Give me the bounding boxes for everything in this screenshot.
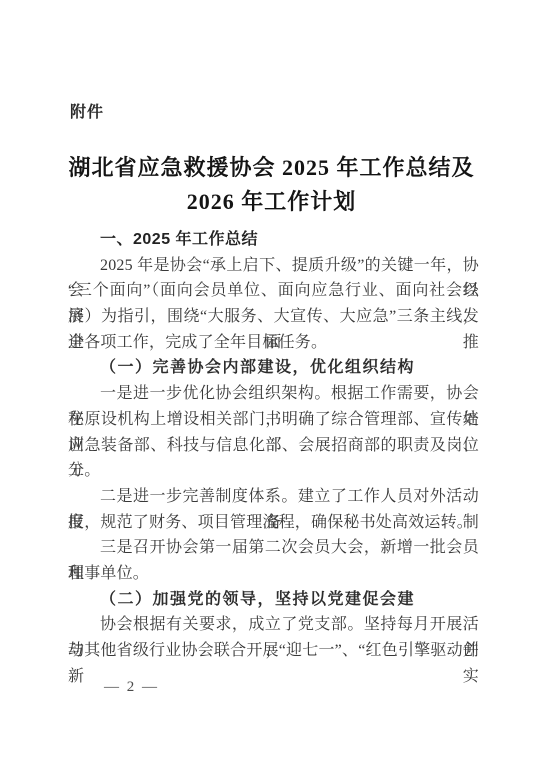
document-body: 一、2025 年工作总结 2025 年是协会“承上启下、提质升级”的关键一年，协… bbox=[68, 227, 479, 664]
paragraph-line: 在原设机构上增设相关部门，明确了综合管理部、宣传培训部、 bbox=[68, 407, 479, 433]
paragraph-line: “三个面向”（面向会员单位、面向应急行业、面向社会经济发 bbox=[68, 278, 479, 304]
paragraph-line: 展）为指引，围绕“大服务、大宣传、大应急”三条主线，全面推 bbox=[68, 304, 479, 330]
paragraph-line: 二是进一步完善制度体系。建立了工作人员对外活动报备制 bbox=[68, 484, 479, 510]
document-title-line-2: 2026 年工作计划 bbox=[0, 185, 543, 219]
attachment-label: 附件 bbox=[70, 103, 104, 123]
paragraph-line: 工。 bbox=[68, 458, 479, 484]
paragraph-line: 协会根据有关要求，成立了党支部。坚持每月开展活动，并 bbox=[68, 612, 479, 638]
subheading-2-party-leadership: （二）加强党的领导，坚持以党建促会建 bbox=[68, 587, 479, 613]
document-title-line-1: 湖北省应急救援协会 2025 年工作总结及 bbox=[0, 151, 543, 185]
paragraph-line: 2025 年是协会“承上启下、提质升级”的关键一年，协会以 bbox=[68, 253, 479, 279]
paragraph-line: 一是进一步优化协会组织架构。根据工作需要，协会秘书处 bbox=[68, 381, 479, 407]
paragraph-line: 应急装备部、科技与信息化部、会展招商部的职责及岗位分 bbox=[68, 433, 479, 459]
document-title: 湖北省应急救援协会 2025 年工作总结及 2026 年工作计划 bbox=[0, 151, 543, 219]
document-page: 附件 湖北省应急救援协会 2025 年工作总结及 2026 年工作计划 一、20… bbox=[0, 0, 543, 768]
paragraph-line: 度，规范了财务、项目管理流程，确保秘书处高效运转。 bbox=[68, 510, 479, 536]
paragraph-line: 与其他省级行业协会联合开展“迎七一”、“红色引擎驱动创新实 bbox=[68, 638, 479, 664]
paragraph-line: 三是召开协会第一届第二次会员大会，新增一批会员和 bbox=[68, 535, 479, 561]
paragraph-line: 理事单位。 bbox=[68, 561, 479, 587]
footer-page-number: — 2 — bbox=[104, 677, 159, 697]
subheading-1-internal-construction: （一）完善协会内部建设，优化组织结构 bbox=[68, 355, 479, 381]
section-heading-2025-work-summary: 一、2025 年工作总结 bbox=[68, 227, 479, 253]
